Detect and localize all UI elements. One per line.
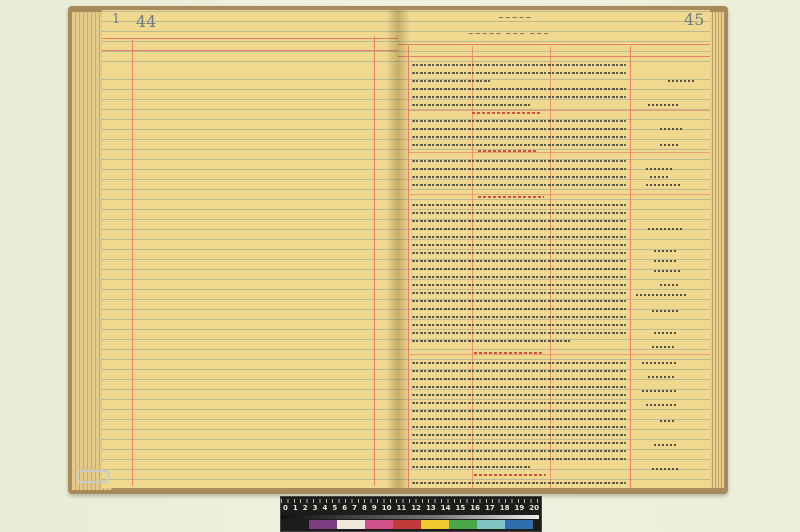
- entry-separator: [408, 354, 710, 355]
- handwritten-line: [412, 268, 626, 270]
- ruler-tick: 8: [362, 504, 367, 512]
- ruler-tick: 20: [529, 504, 539, 512]
- page-header-title: ~~~~~: [498, 14, 532, 22]
- ruler-tick: 9: [372, 504, 377, 512]
- ruler-tick: 11: [397, 504, 407, 512]
- margin-note: [648, 104, 678, 106]
- handwritten-line: [412, 160, 626, 162]
- header-rule-1: [398, 44, 710, 45]
- book-gutter: [386, 10, 410, 488]
- handwritten-line: [412, 370, 626, 372]
- handwritten-line: [412, 80, 492, 82]
- margin-note: [652, 346, 674, 348]
- handwritten-line: [412, 394, 626, 396]
- handwritten-line: [412, 466, 532, 468]
- handwritten-line: [412, 212, 626, 214]
- handwritten-line: [412, 458, 626, 460]
- ruler-tick: 16: [470, 504, 480, 512]
- ruler-ticks: 0 1 2 3 4 5 6 7 8 9 10 11 12 13 14 15 16…: [283, 504, 539, 512]
- margin-note: [646, 184, 680, 186]
- margin-note: [660, 144, 680, 146]
- swatch-magenta: [365, 520, 393, 529]
- handwritten-line: [412, 168, 626, 170]
- handwritten-line: [412, 324, 626, 326]
- handwritten-line: [412, 402, 626, 404]
- handwritten-line: [412, 144, 626, 146]
- entry-separator: [408, 110, 710, 111]
- header-rule-2: [398, 56, 710, 57]
- handwritten-line: [412, 176, 626, 178]
- swatch-purple: [309, 520, 337, 529]
- margin-note: [642, 362, 676, 364]
- ruler-tick: 14: [441, 504, 451, 512]
- handwritten-line: [412, 104, 532, 106]
- ruler-tick: 7: [352, 504, 357, 512]
- handwritten-line: [412, 184, 626, 186]
- handwritten-line: [412, 136, 626, 138]
- handwritten-line: [412, 442, 626, 444]
- red-heading: [474, 474, 546, 476]
- entry-separator: [408, 152, 710, 153]
- column-rule-2: [550, 46, 551, 488]
- handwritten-line: [412, 204, 626, 206]
- swatch-blue: [505, 520, 533, 529]
- margin-rule-left: [132, 40, 133, 486]
- color-calibration-ruler: 0 1 2 3 4 5 6 7 8 9 10 11 12 13 14 15 16…: [280, 496, 542, 532]
- ruler-tick: 5: [332, 504, 337, 512]
- swatch-green: [449, 520, 477, 529]
- grayscale-bar: [281, 515, 539, 519]
- handwritten-line: [412, 332, 626, 334]
- right-page: ~~~~~ ~~~~~ ~~~ ~~~ 45: [398, 10, 710, 488]
- margin-note: [660, 420, 674, 422]
- ruler-tick: 15: [456, 504, 466, 512]
- paperclip: [76, 470, 110, 483]
- handwritten-line: [412, 292, 626, 294]
- swatch-red: [393, 520, 421, 529]
- margin-note: [636, 294, 686, 296]
- ruler-tick: 12: [411, 504, 421, 512]
- header-rule-1: [102, 38, 398, 39]
- ruler-tick: 4: [323, 504, 328, 512]
- handwritten-line: [412, 236, 626, 238]
- ruler-tick: 19: [515, 504, 525, 512]
- margin-note: [654, 260, 678, 262]
- margin-note: [652, 310, 680, 312]
- left-page: 1 44: [102, 10, 398, 488]
- page-number-prev: 1: [112, 12, 120, 27]
- page-number-right: 45: [684, 10, 704, 29]
- margin-note: [648, 228, 682, 230]
- handwritten-line: [412, 244, 626, 246]
- handwritten-line: [412, 276, 626, 278]
- ruler-tick: 10: [382, 504, 392, 512]
- header-rule-2: [102, 50, 398, 51]
- margin-note: [646, 168, 674, 170]
- handwritten-line: [412, 362, 626, 364]
- red-heading: [478, 196, 544, 198]
- handwritten-line: [412, 418, 626, 420]
- handwritten-line: [412, 300, 626, 302]
- ruler-tick: 0: [283, 504, 288, 512]
- right-page-edges: [710, 12, 724, 488]
- ruler-tick: 17: [485, 504, 495, 512]
- swatch-cyan: [477, 520, 505, 529]
- ruler-tick: 3: [313, 504, 318, 512]
- swatch-yellow: [421, 520, 449, 529]
- entry-separator: [408, 194, 710, 195]
- handwritten-line: [412, 308, 626, 310]
- margin-rule-right: [630, 46, 631, 488]
- handwritten-line: [412, 434, 626, 436]
- handwritten-line: [412, 228, 626, 230]
- handwritten-line: [412, 72, 626, 74]
- handwritten-line: [412, 426, 626, 428]
- ruler-tick: 1: [293, 504, 298, 512]
- handwritten-line: [412, 260, 626, 262]
- handwritten-line: [412, 450, 626, 452]
- handwritten-line: [412, 252, 626, 254]
- ledger-book: 1 44 ~~~~~ ~~~~~ ~~~ ~~~ 45: [68, 6, 728, 494]
- ruler-tick: 2: [303, 504, 308, 512]
- red-heading: [472, 112, 542, 114]
- ruler-tick: 18: [500, 504, 510, 512]
- handwritten-line: [412, 96, 626, 98]
- handwritten-line: [412, 220, 626, 222]
- margin-note: [650, 176, 670, 178]
- ruler-tick: 6: [342, 504, 347, 512]
- handwritten-line: [412, 340, 572, 342]
- handwritten-line: [412, 378, 626, 380]
- margin-note: [654, 332, 678, 334]
- ruler-tick: 13: [426, 504, 436, 512]
- handwritten-line: [412, 284, 626, 286]
- handwritten-line: [412, 386, 626, 388]
- handwritten-line: [412, 64, 626, 66]
- margin-note: [668, 80, 694, 82]
- margin-note: [652, 468, 680, 470]
- handwritten-line: [412, 120, 626, 122]
- margin-note: [660, 284, 678, 286]
- handwritten-line: [412, 482, 626, 484]
- margin-note: [654, 444, 676, 446]
- margin-note: [660, 128, 684, 130]
- color-swatches: [309, 520, 533, 529]
- handwritten-line: [412, 88, 626, 90]
- margin-note: [646, 404, 676, 406]
- handwritten-line: [412, 316, 626, 318]
- margin-rule-right: [374, 36, 375, 486]
- margin-note: [648, 376, 674, 378]
- margin-note: [654, 250, 676, 252]
- margin-note: [642, 390, 678, 392]
- swatch-white: [337, 520, 365, 529]
- handwritten-line: [412, 410, 626, 412]
- page-number-left: 44: [136, 12, 156, 31]
- handwritten-line: [412, 128, 626, 130]
- page-header-subtitle: ~~~~~ ~~~ ~~~: [468, 30, 550, 38]
- margin-note: [654, 270, 680, 272]
